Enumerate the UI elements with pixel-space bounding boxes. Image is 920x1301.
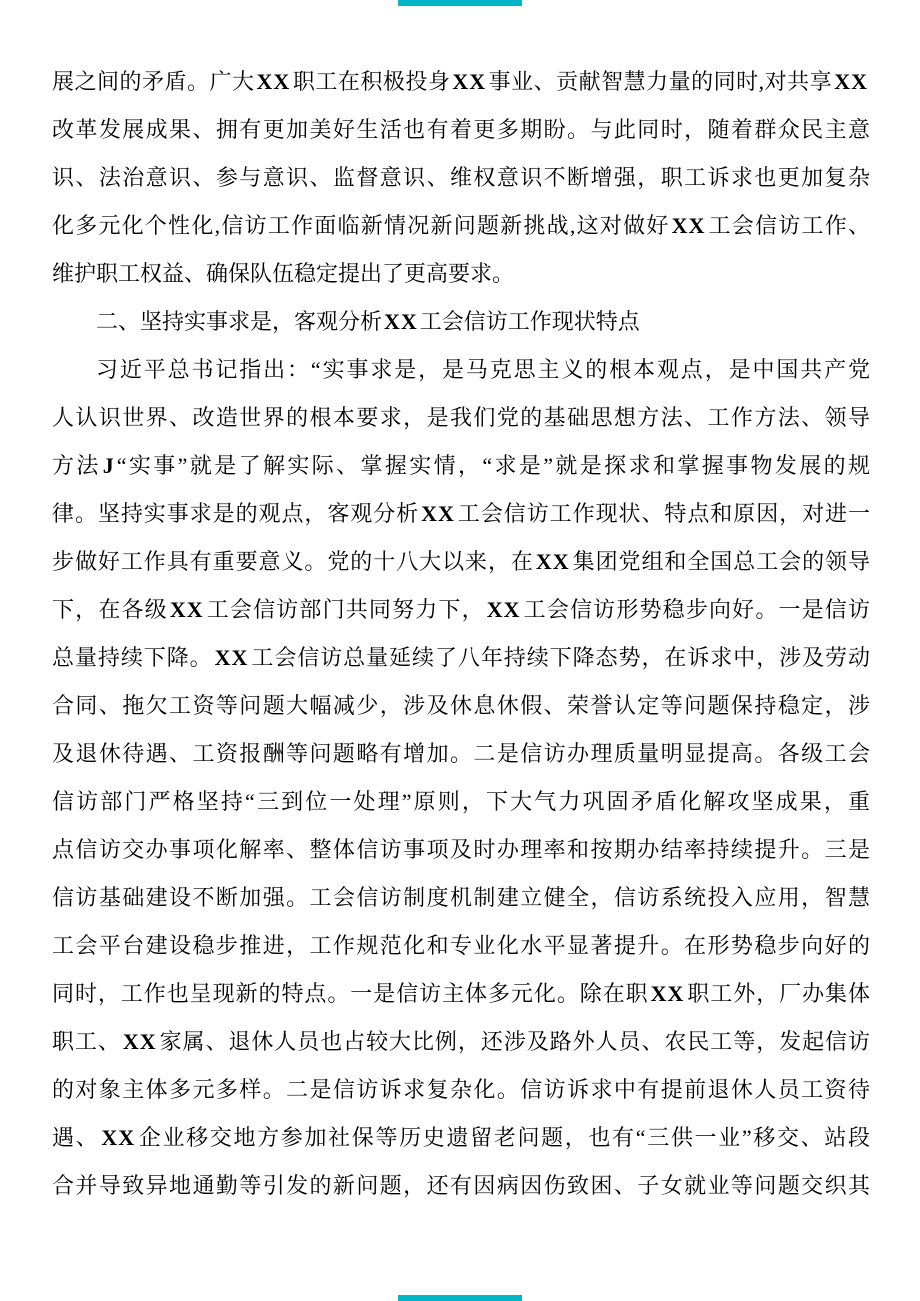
- latin-bold-text: XX: [384, 309, 418, 334]
- latin-bold-text: J: [103, 453, 115, 478]
- text-line: 下，在各级XX工会信访部门共同努力下，XX工会信访形势稳步向好。一是信访: [52, 586, 870, 634]
- text-line: 的对象主体多元多样。二是信访诉求复杂化。信访诉求中有提前退休人员工资待: [52, 1066, 870, 1114]
- text-line: 方法J“实事”就是了解实际、掌握实情，“求是”就是探求和掌握事物发展的规: [52, 442, 870, 490]
- latin-bold-text: XX: [536, 549, 570, 574]
- latin-bold-text: XX: [672, 213, 706, 238]
- text-line: 习近平总书记指出：“实事求是，是马克思主义的根本观点，是中国共产党: [52, 346, 870, 394]
- text-line: 信访部门严格坚持“三到位一处理”原则，下大气力巩固矛盾化解攻坚成果，重: [52, 778, 870, 826]
- text-line: 点信访交办事项化解率、整体信访事项及时办理率和按期办结率持续提升。三是: [52, 826, 870, 874]
- text-line: 合同、拖欠工资等问题大幅减少，涉及休息休假、荣誉认定等问题保持稳定，涉: [52, 682, 870, 730]
- text-line: 及退休待遇、工资报酬等问题略有增加。二是信访办理质量明显提高。各级工会: [52, 730, 870, 778]
- text-line: 人认识世界、改造世界的根本要求，是我们党的基础思想方法、工作方法、领导: [52, 394, 870, 442]
- page-bottom-marker: [398, 1295, 522, 1301]
- latin-bold-text: XX: [170, 597, 204, 622]
- latin-bold-text: XX: [452, 69, 486, 94]
- document-text-block: 展之间的矛盾。广大XX职工在积极投身XX事业、贡献智慧力量的同时,对共享XX改革…: [52, 58, 870, 1210]
- text-line: 展之间的矛盾。广大XX职工在积极投身XX事业、贡献智慧力量的同时,对共享XX: [52, 58, 870, 106]
- latin-bold-text: XX: [487, 597, 521, 622]
- latin-bold-text: XX: [421, 501, 455, 526]
- text-line: 步做好工作具有重要意义。党的十八大以来，在XX集团党组和全国总工会的领导: [52, 538, 870, 586]
- latin-bold-text: XX: [834, 69, 868, 94]
- latin-bold-text: XX: [257, 69, 291, 94]
- latin-bold-text: XX: [123, 1029, 157, 1054]
- text-line: 总量持续下降。XX工会信访总量延续了八年持续下降态势，在诉求中，涉及劳动: [52, 634, 870, 682]
- text-line: 工会平台建设稳步推进，工作规范化和专业化水平显著提升。在形势稳步向好的: [52, 922, 870, 970]
- text-line: 合并导致异地通勤等引发的新问题，还有因病因伤致困、子女就业等问题交织其: [52, 1162, 870, 1210]
- text-line: 律。坚持实事求是的观点，客观分析XX工会信访工作现状、特点和原因，对进一: [52, 490, 870, 538]
- text-line: 职工、XX家属、退休人员也占较大比例，还涉及路外人员、农民工等，发起信访: [52, 1018, 870, 1066]
- text-line: 识、法治意识、参与意识、监督意识、维权意识不断增强，职工诉求也更加复杂: [52, 154, 870, 202]
- text-line: 同时，工作也呈现新的特点。一是信访主体多元化。除在职XX职工外，厂办集体: [52, 970, 870, 1018]
- page-top-marker: [398, 0, 522, 6]
- text-line: 化多元化个性化,信访工作面临新情况新问题新挑战,这对做好XX工会信访工作、: [52, 202, 870, 250]
- text-line: 信访基础建设不断加强。工会信访制度机制建立健全，信访系统投入应用，智慧: [52, 874, 870, 922]
- latin-bold-text: XX: [101, 1125, 135, 1150]
- latin-bold-text: XX: [215, 645, 249, 670]
- text-line: 遇、XX企业移交地方参加社保等历史遗留老问题，也有“三供一业”移交、站段: [52, 1114, 870, 1162]
- text-line: 改革发展成果、拥有更加美好生活也有着更多期盼。与此同时，随着群众民主意: [52, 106, 870, 154]
- latin-bold-text: XX: [651, 981, 685, 1006]
- text-line: 维护职工权益、确保队伍稳定提出了更高要求。: [52, 250, 870, 298]
- document-page: 展之间的矛盾。广大XX职工在积极投身XX事业、贡献智慧力量的同时,对共享XX改革…: [0, 0, 920, 1301]
- heading-line: 二、坚持实事求是，客观分析XX工会信访工作现状特点: [52, 298, 870, 346]
